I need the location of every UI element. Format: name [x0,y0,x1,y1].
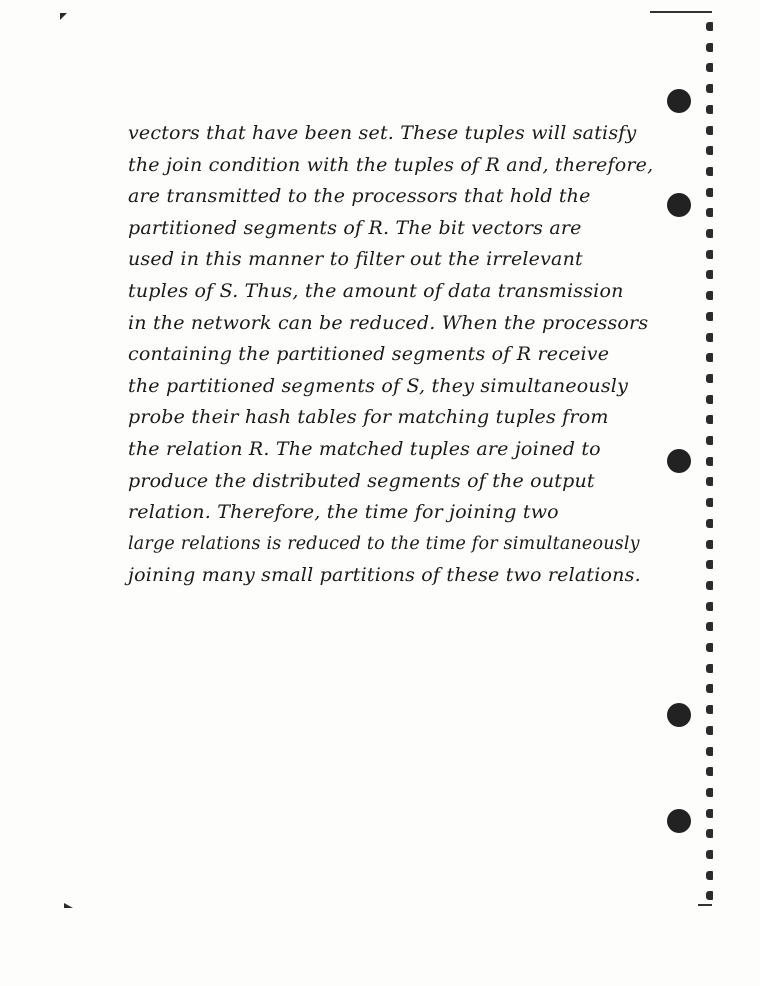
binder-hole-1 [667,89,691,113]
handwritten-text: vectors that have been set. These tuples… [128,118,708,592]
perforation-mark [706,809,713,818]
corner-mark-top-left [60,13,67,20]
text-line: tuples of S. Thus, the amount of data tr… [128,276,708,308]
text-line: relation. Therefore, the time for joinin… [128,497,708,529]
perforation-mark [706,105,713,114]
perforation-mark [706,891,713,900]
text-line: joining many small partitions of these t… [128,560,708,592]
perforation-mark [706,643,713,652]
perforation-mark [706,726,713,735]
binder-hole-5 [667,809,691,833]
perforation-mark [706,684,713,693]
text-line: containing the partitioned segments of R… [128,339,708,371]
corner-mark-bottom-left [64,903,73,908]
perforation-mark [706,788,713,797]
scanned-page: vectors that have been set. These tuples… [0,0,760,986]
text-line: in the network can be reduced. When the … [128,308,708,340]
page-edge-bottom [698,904,712,906]
text-line: the partitioned segments of S, they simu… [128,371,708,403]
text-line: partitioned segments of R. The bit vecto… [128,213,708,245]
perforation-mark [706,602,713,611]
text-line: large relations is reduced to the time f… [128,529,708,561]
perforation-mark [706,63,713,72]
text-line: the join condition with the tuples of R … [128,150,708,182]
binder-hole-4 [667,703,691,727]
perforation-mark [706,43,713,52]
perforation-mark [706,622,713,631]
text-line: used in this manner to filter out the ir… [128,244,708,276]
perforation-mark [706,747,713,756]
perforation-mark [706,850,713,859]
perforation-mark [706,22,713,31]
text-line: produce the distributed segments of the … [128,466,708,498]
text-line: vectors that have been set. These tuples… [128,118,708,150]
perforation-mark [706,829,713,838]
text-line: are transmitted to the processors that h… [128,181,708,213]
perforation-mark [706,664,713,673]
perforation-mark [706,84,713,93]
text-line: the relation R. The matched tuples are j… [128,434,708,466]
perforation-mark [706,767,713,776]
perforation-mark [706,871,713,880]
text-line: probe their hash tables for matching tup… [128,402,708,434]
perforation-mark [706,705,713,714]
page-edge-top [650,11,712,13]
